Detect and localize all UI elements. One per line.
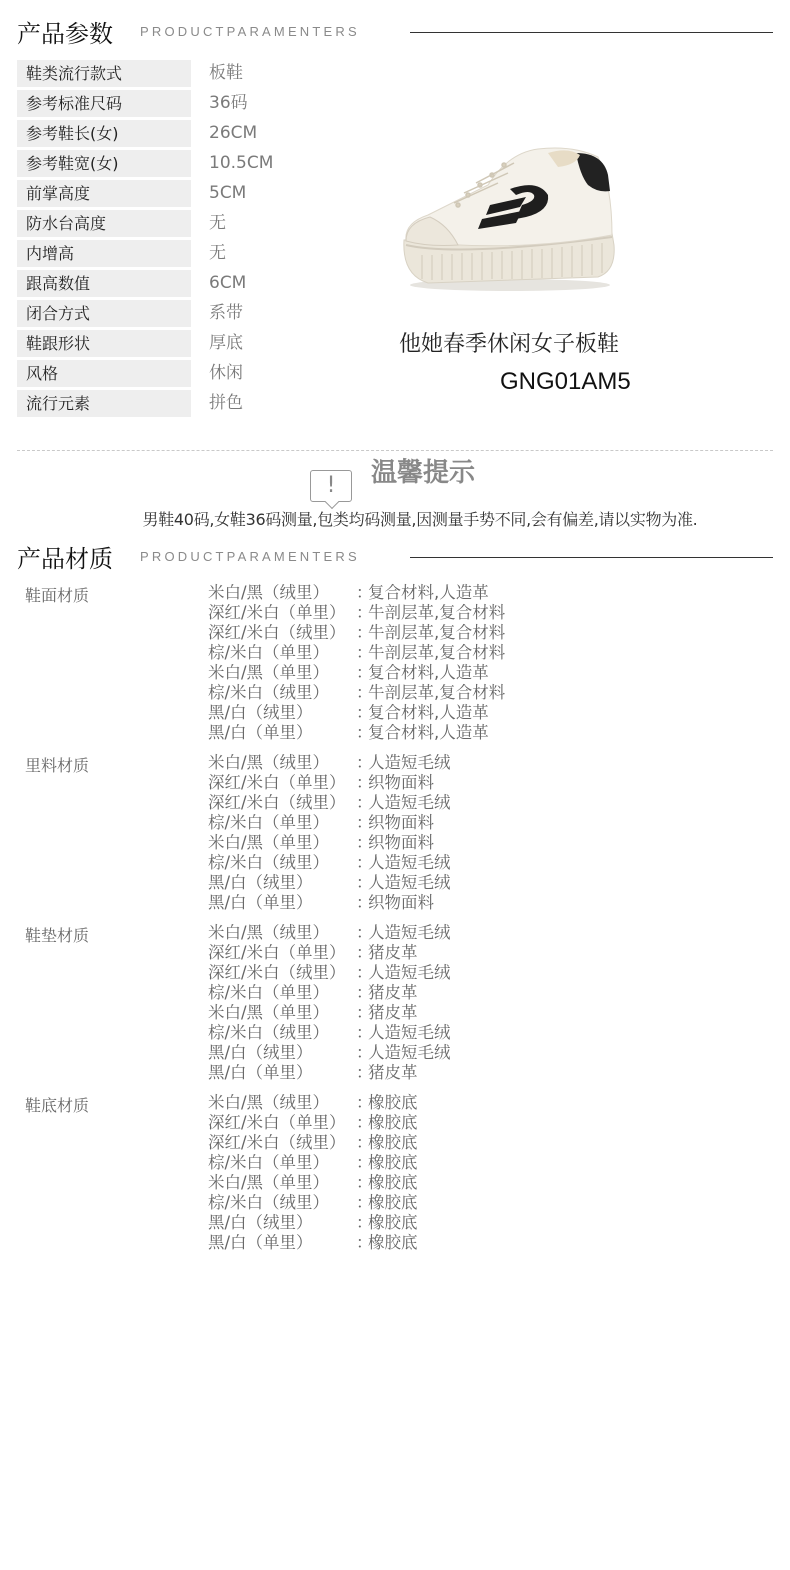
material: 猪皮革 (368, 1003, 418, 1023)
param-key: 流行元素 (17, 390, 191, 417)
material: 复合材料,人造革 (368, 723, 489, 743)
param-key: 内增高 (17, 240, 191, 267)
param-value: 板鞋 (191, 60, 243, 87)
exclamation-speech-icon: ! (310, 470, 352, 502)
material: 牛剖层革,复合材料 (368, 603, 505, 623)
variant: 棕/米白（绒里） (208, 683, 356, 703)
separator: ： (356, 1153, 368, 1173)
material-row: 黑/白（单里）：猪皮革 (208, 1063, 451, 1083)
separator: ： (356, 943, 368, 963)
material: 人造短毛绒 (368, 923, 451, 943)
variant: 棕/米白（绒里） (208, 1023, 356, 1043)
param-key: 前掌高度 (17, 180, 191, 207)
material-rows: 米白/黑（绒里）：复合材料,人造革 深红/米白（单里）：牛剖层革,复合材料 深红… (208, 583, 505, 743)
variant: 米白/黑（绒里） (208, 753, 356, 773)
param-value: 10.5CM (191, 150, 273, 177)
param-row: 参考标准尺码36码 (17, 90, 377, 120)
param-row: 跟高数值6CM (17, 270, 377, 300)
separator: ： (356, 893, 368, 913)
variant: 棕/米白（绒里） (208, 1193, 356, 1213)
material: 猪皮革 (368, 983, 418, 1003)
variant: 深红/米白（绒里） (208, 963, 356, 983)
separator: ： (356, 623, 368, 643)
separator: ： (356, 793, 368, 813)
materials-section-title: 产品材质 (17, 539, 113, 574)
variant: 棕/米白（单里） (208, 983, 356, 1003)
material-row: 深红/米白（绒里）：橡胶底 (208, 1133, 418, 1153)
material-row: 深红/米白（单里）：橡胶底 (208, 1113, 418, 1133)
material: 复合材料,人造革 (368, 703, 489, 723)
params-section-subtitle: PRODUCTPARAMENTERS (140, 24, 360, 39)
material-row: 棕/米白（绒里）：牛剖层革,复合材料 (208, 683, 505, 703)
material-group-label: 鞋底材质 (25, 1093, 89, 1116)
material: 织物面料 (368, 813, 434, 833)
variant: 米白/黑（绒里） (208, 583, 356, 603)
separator: ： (356, 723, 368, 743)
product-code: GNG01AM5 (500, 368, 631, 396)
separator: ： (356, 853, 368, 873)
material: 橡胶底 (368, 1193, 418, 1213)
header-rule (410, 557, 773, 558)
material-row: 米白/黑（单里）：织物面料 (208, 833, 451, 853)
param-value: 系带 (191, 300, 243, 327)
material-row: 棕/米白（绒里）：人造短毛绒 (208, 1023, 451, 1043)
param-value: 厚底 (191, 330, 243, 357)
material: 人造短毛绒 (368, 853, 451, 873)
param-key: 参考鞋长(女) (17, 120, 191, 147)
material: 人造短毛绒 (368, 873, 451, 893)
variant: 深红/米白（单里） (208, 603, 356, 623)
material-row: 深红/米白（绒里）：人造短毛绒 (208, 963, 451, 983)
separator: ： (356, 1173, 368, 1193)
separator: ： (356, 1063, 368, 1083)
material: 橡胶底 (368, 1213, 418, 1233)
material-row: 深红/米白（单里）：牛剖层革,复合材料 (208, 603, 505, 623)
variant: 深红/米白（单里） (208, 1113, 356, 1133)
separator: ： (356, 1133, 368, 1153)
material: 人造短毛绒 (368, 963, 451, 983)
material: 牛剖层革,复合材料 (368, 683, 505, 703)
variant: 黑/白（绒里） (208, 1043, 356, 1063)
variant: 米白/黑（绒里） (208, 923, 356, 943)
material-row: 黑/白（绒里）：人造短毛绒 (208, 873, 451, 893)
param-row: 前掌高度5CM (17, 180, 377, 210)
variant: 深红/米白（单里） (208, 943, 356, 963)
separator: ： (356, 773, 368, 793)
material: 橡胶底 (368, 1093, 418, 1113)
product-image (398, 145, 620, 295)
separator: ： (356, 663, 368, 683)
material-row: 黑/白（单里）：复合材料,人造革 (208, 723, 505, 743)
variant: 黑/白（单里） (208, 723, 356, 743)
separator: ： (356, 923, 368, 943)
material-row: 棕/米白（单里）：橡胶底 (208, 1153, 418, 1173)
notice-title: 温馨提示 (371, 452, 475, 489)
material: 人造短毛绒 (368, 1043, 451, 1063)
material: 人造短毛绒 (368, 753, 451, 773)
material-row: 米白/黑（单里）：橡胶底 (208, 1173, 418, 1193)
variant: 棕/米白（绒里） (208, 853, 356, 873)
variant: 米白/黑（单里） (208, 1003, 356, 1023)
param-key: 跟高数值 (17, 270, 191, 297)
param-value: 休闲 (191, 360, 243, 387)
material-rows: 米白/黑（绒里）：橡胶底 深红/米白（单里）：橡胶底 深红/米白（绒里）：橡胶底… (208, 1093, 418, 1253)
material-row: 棕/米白（单里）：牛剖层革,复合材料 (208, 643, 505, 663)
variant: 棕/米白（单里） (208, 1153, 356, 1173)
material-row: 黑/白（单里）：织物面料 (208, 893, 451, 913)
params-section-header: 产品参数 PRODUCTPARAMENTERS (0, 8, 790, 48)
param-key: 鞋跟形状 (17, 330, 191, 357)
param-key: 闭合方式 (17, 300, 191, 327)
separator: ： (356, 983, 368, 1003)
header-rule (410, 32, 773, 33)
param-row: 参考鞋宽(女)10.5CM (17, 150, 377, 180)
material-row: 米白/黑（绒里）：人造短毛绒 (208, 753, 451, 773)
material-row: 黑/白（绒里）：橡胶底 (208, 1213, 418, 1233)
material-row: 米白/黑（单里）：复合材料,人造革 (208, 663, 505, 683)
param-key: 风格 (17, 360, 191, 387)
variant: 黑/白（单里） (208, 893, 356, 913)
separator: ： (356, 603, 368, 623)
variant: 黑/白（绒里） (208, 703, 356, 723)
param-row: 参考鞋长(女)26CM (17, 120, 377, 150)
material-row: 黑/白（绒里）：人造短毛绒 (208, 1043, 451, 1063)
material-rows: 米白/黑（绒里）：人造短毛绒 深红/米白（单里）：织物面料 深红/米白（绒里）：… (208, 753, 451, 913)
variant: 黑/白（单里） (208, 1233, 356, 1253)
material-row: 深红/米白（绒里）：人造短毛绒 (208, 793, 451, 813)
separator: ： (356, 873, 368, 893)
separator: ： (356, 813, 368, 833)
materials-section-header: 产品材质 PRODUCTPARAMENTERS (0, 533, 790, 573)
material: 橡胶底 (368, 1173, 418, 1193)
material-group-label: 里料材质 (25, 753, 89, 776)
separator: ： (356, 963, 368, 983)
param-value: 拼色 (191, 390, 243, 417)
param-value: 6CM (191, 270, 246, 297)
variant: 黑/白（绒里） (208, 873, 356, 893)
separator: ： (356, 1003, 368, 1023)
separator: ： (356, 583, 368, 603)
variant: 深红/米白（绒里） (208, 623, 356, 643)
material: 复合材料,人造革 (368, 583, 489, 603)
separator: ： (356, 683, 368, 703)
notice-text: 男鞋40码,女鞋36码测量,包类均码测量,因测量手势不同,会有偏差,请以实物为准… (0, 507, 790, 530)
material-row: 黑/白（绒里）：复合材料,人造革 (208, 703, 505, 723)
product-name: 他她春季休闲女子板鞋 (399, 327, 619, 358)
param-row: 闭合方式系带 (17, 300, 377, 330)
material-row: 棕/米白（单里）：猪皮革 (208, 983, 451, 1003)
material-rows: 米白/黑（绒里）：人造短毛绒 深红/米白（单里）：猪皮革 深红/米白（绒里）：人… (208, 923, 451, 1083)
material: 猪皮革 (368, 1063, 418, 1083)
variant: 黑/白（绒里） (208, 1213, 356, 1233)
material-group-label: 鞋垫材质 (25, 923, 89, 946)
separator: ： (356, 1213, 368, 1233)
material-row: 深红/米白（单里）：猪皮革 (208, 943, 451, 963)
variant: 米白/黑（绒里） (208, 1093, 356, 1113)
material: 橡胶底 (368, 1113, 418, 1133)
param-key: 参考鞋宽(女) (17, 150, 191, 177)
param-row: 防水台高度无 (17, 210, 377, 240)
params-section-title: 产品参数 (17, 14, 113, 49)
variant: 棕/米白（单里） (208, 813, 356, 833)
materials-section-subtitle: PRODUCTPARAMENTERS (140, 549, 360, 564)
material: 猪皮革 (368, 943, 418, 963)
material-row: 米白/黑（绒里）：人造短毛绒 (208, 923, 451, 943)
material: 织物面料 (368, 773, 434, 793)
material-row: 深红/米白（绒里）：牛剖层革,复合材料 (208, 623, 505, 643)
variant: 黑/白（单里） (208, 1063, 356, 1083)
param-value: 26CM (191, 120, 257, 147)
variant: 深红/米白（绒里） (208, 1133, 356, 1153)
param-value: 无 (191, 240, 226, 267)
param-value: 5CM (191, 180, 246, 207)
material-row: 深红/米白（单里）：织物面料 (208, 773, 451, 793)
separator: ： (356, 1023, 368, 1043)
material-row: 棕/米白（绒里）：人造短毛绒 (208, 853, 451, 873)
param-row: 鞋类流行款式板鞋 (17, 60, 377, 90)
separator: ： (356, 1093, 368, 1113)
material: 织物面料 (368, 833, 434, 853)
material: 橡胶底 (368, 1153, 418, 1173)
separator: ： (356, 833, 368, 853)
material-group-label: 鞋面材质 (25, 583, 89, 606)
separator: ： (356, 643, 368, 663)
variant: 米白/黑（单里） (208, 833, 356, 853)
variant: 米白/黑（单里） (208, 1173, 356, 1193)
material-row: 米白/黑（绒里）：复合材料,人造革 (208, 583, 505, 603)
material-row: 米白/黑（单里）：猪皮革 (208, 1003, 451, 1023)
params-table: 鞋类流行款式板鞋 参考标准尺码36码 参考鞋长(女)26CM 参考鞋宽(女)10… (17, 60, 377, 420)
material-row: 米白/黑（绒里）：橡胶底 (208, 1093, 418, 1113)
material-row: 黑/白（单里）：橡胶底 (208, 1233, 418, 1253)
separator: ： (356, 1193, 368, 1213)
material: 橡胶底 (368, 1233, 418, 1253)
param-row: 鞋跟形状厚底 (17, 330, 377, 360)
material: 织物面料 (368, 893, 434, 913)
separator: ： (356, 703, 368, 723)
material: 人造短毛绒 (368, 793, 451, 813)
separator: ： (356, 1113, 368, 1133)
material: 人造短毛绒 (368, 1023, 451, 1043)
param-key: 参考标准尺码 (17, 90, 191, 117)
param-row: 内增高无 (17, 240, 377, 270)
variant: 米白/黑（单里） (208, 663, 356, 683)
separator: ： (356, 1043, 368, 1063)
material: 牛剖层革,复合材料 (368, 623, 505, 643)
material: 牛剖层革,复合材料 (368, 643, 505, 663)
material: 橡胶底 (368, 1133, 418, 1153)
variant: 棕/米白（单里） (208, 643, 356, 663)
param-value: 无 (191, 210, 226, 237)
variant: 深红/米白（单里） (208, 773, 356, 793)
param-row: 风格休闲 (17, 360, 377, 390)
param-key: 鞋类流行款式 (17, 60, 191, 87)
separator: ： (356, 753, 368, 773)
material-row: 棕/米白（绒里）：橡胶底 (208, 1193, 418, 1213)
param-key: 防水台高度 (17, 210, 191, 237)
material-row: 棕/米白（单里）：织物面料 (208, 813, 451, 833)
param-row: 流行元素拼色 (17, 390, 377, 420)
variant: 深红/米白（绒里） (208, 793, 356, 813)
param-value: 36码 (191, 90, 248, 117)
dashed-divider (17, 450, 773, 451)
separator: ： (356, 1233, 368, 1253)
material: 复合材料,人造革 (368, 663, 489, 683)
